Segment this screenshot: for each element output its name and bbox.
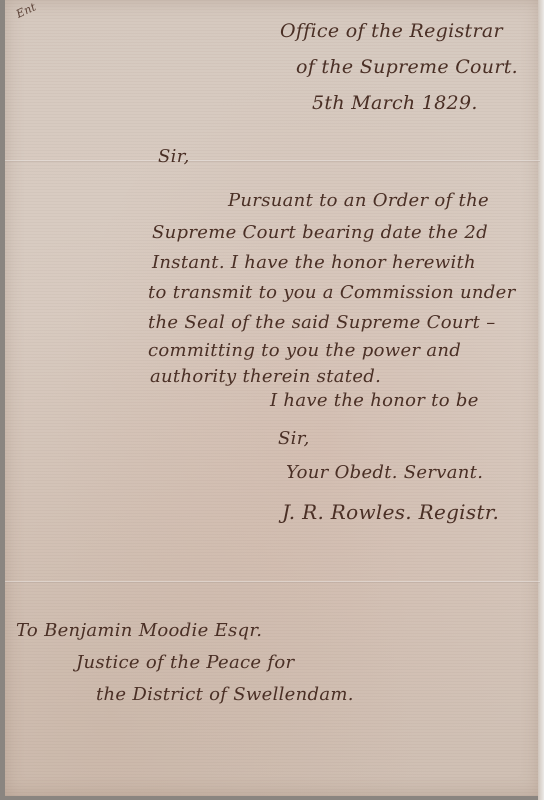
heading-office-line1: Office of the Registrar xyxy=(280,20,503,42)
fold-line xyxy=(5,581,540,583)
addressee-line1: To Benjamin Moodie Esqr. xyxy=(16,620,262,641)
salutation: Sir, xyxy=(158,146,190,167)
closing-servant: Your Obedt. Servant. xyxy=(286,462,483,483)
body-line: authority therein stated. xyxy=(150,366,381,387)
body-line: Instant. I have the honor herewith xyxy=(152,252,476,273)
heading-office-line2: of the Supreme Court. xyxy=(296,56,518,78)
body-line: committing to you the power and xyxy=(148,340,461,361)
closing-line: I have the honor to be xyxy=(270,390,479,411)
body-line: to transmit to you a Commission under xyxy=(148,282,516,303)
signature: J. R. Rowles. Registr. xyxy=(282,500,499,524)
body-line: Supreme Court bearing date the 2d xyxy=(152,222,488,243)
body-line: Pursuant to an Order of the xyxy=(228,190,489,211)
fold-line xyxy=(5,160,540,162)
addressee-line3: the District of Swellendam. xyxy=(96,684,354,705)
addressee-line2: Justice of the Peace for xyxy=(76,652,294,673)
closing-salutation: Sir, xyxy=(278,428,310,449)
scan-edge xyxy=(538,0,544,800)
body-line: the Seal of the said Supreme Court – xyxy=(148,312,496,333)
heading-date: 5th March 1829. xyxy=(312,92,478,114)
